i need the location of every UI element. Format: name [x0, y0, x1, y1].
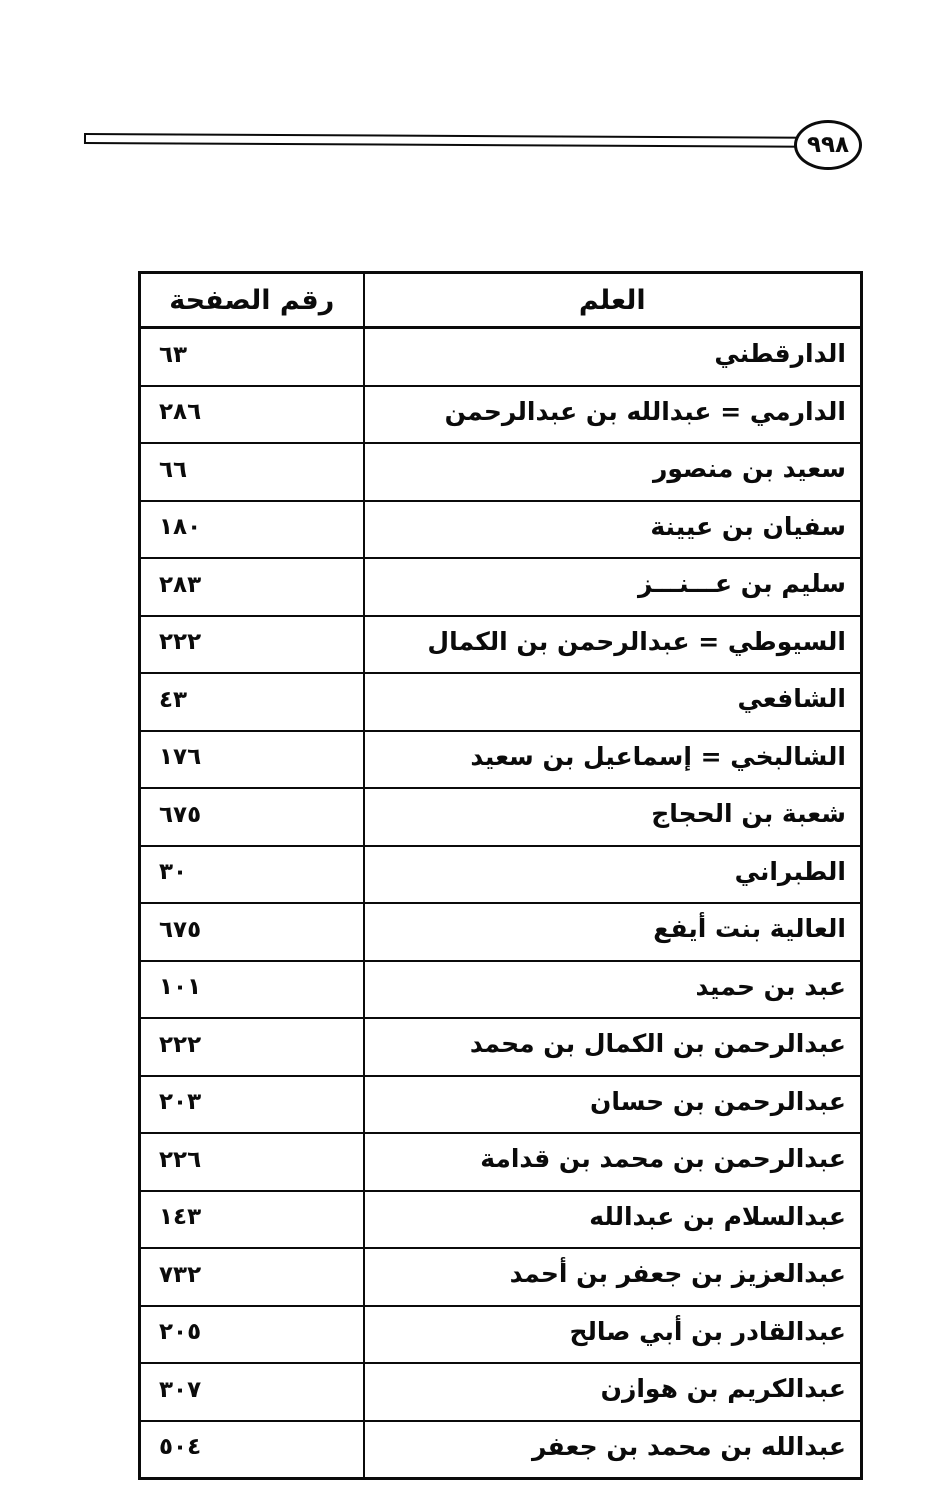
- name-cell: السيوطي = عبدالرحمن بن الكمال: [364, 616, 862, 674]
- page-number-cell: ١٤٣: [140, 1191, 364, 1249]
- table-row: عبد بن حميد ١٠١: [140, 961, 862, 1019]
- table-row: الشافعي ٤٣: [140, 673, 862, 731]
- table-row: عبدالرحمن بن محمد بن قدامة ٢٢٦: [140, 1133, 862, 1191]
- page-number-cell: ٦٧٥: [140, 788, 364, 846]
- page-number-cell: ١٨٠: [140, 501, 364, 559]
- page-number-cell: ٤٣: [140, 673, 364, 731]
- table-row: سليم بن عـــنـــز ٢٨٣: [140, 558, 862, 616]
- page-number-badge: ٩٩٨: [794, 120, 862, 170]
- table-row: عبدالعزيز بن جعفر بن أحمد ٧٣٢: [140, 1248, 862, 1306]
- name-cell: عبد بن حميد: [364, 961, 862, 1019]
- name-cell: سليم بن عـــنـــز: [364, 558, 862, 616]
- name-cell: الشالبخي = إسماعيل بن سعيد: [364, 731, 862, 789]
- page-number-cell: ٢٠٥: [140, 1306, 364, 1364]
- name-cell: سعيد بن منصور: [364, 443, 862, 501]
- table-row: عبدالسلام بن عبدالله ١٤٣: [140, 1191, 862, 1249]
- name-cell: عبدالسلام بن عبدالله: [364, 1191, 862, 1249]
- table-row: سعيد بن منصور ٦٦: [140, 443, 862, 501]
- table-row: الشالبخي = إسماعيل بن سعيد ١٧٦: [140, 731, 862, 789]
- name-cell: عبدالكريم بن هوازن: [364, 1363, 862, 1421]
- page-number-cell: ٢٨٣: [140, 558, 364, 616]
- name-cell: سفيان بن عيينة: [364, 501, 862, 559]
- page-number-cell: ٦٧٥: [140, 903, 364, 961]
- page-number-cell: ٥٠٤: [140, 1421, 364, 1479]
- page-number-cell: ٣٠: [140, 846, 364, 904]
- page-number-cell: ٦٣: [140, 328, 364, 386]
- page-number-cell: ٧٣٢: [140, 1248, 364, 1306]
- names-index-table: العلم رقم الصفحة الدارقطني ٦٣ الدارمي = …: [138, 271, 863, 1480]
- name-cell: الدارقطني: [364, 328, 862, 386]
- table-row: الدارقطني ٦٣: [140, 328, 862, 386]
- page-number-cell: ٣٠٧: [140, 1363, 364, 1421]
- name-cell: الطبراني: [364, 846, 862, 904]
- name-cell: عبدالعزيز بن جعفر بن أحمد: [364, 1248, 862, 1306]
- page-number-cell: ١٧٦: [140, 731, 364, 789]
- table-row: عبدالكريم بن هوازن ٣٠٧: [140, 1363, 862, 1421]
- page-number-cell: ٦٦: [140, 443, 364, 501]
- page-number-cell: ٢٠٣: [140, 1076, 364, 1134]
- name-cell: شعبة بن الحجاج: [364, 788, 862, 846]
- name-cell: عبدالرحمن بن حسان: [364, 1076, 862, 1134]
- name-cell: عبدالله بن محمد بن جعفر: [364, 1421, 862, 1479]
- table-row: عبدالرحمن بن الكمال بن محمد ٢٢٢: [140, 1018, 862, 1076]
- name-column-header: العلم: [364, 273, 862, 328]
- page-number-cell: ٢٢٢: [140, 616, 364, 674]
- page-number-cell: ٢٢٢: [140, 1018, 364, 1076]
- table-row: شعبة بن الحجاج ٦٧٥: [140, 788, 862, 846]
- table-row: السيوطي = عبدالرحمن بن الكمال ٢٢٢: [140, 616, 862, 674]
- table-row: الطبراني ٣٠: [140, 846, 862, 904]
- table-header-row: العلم رقم الصفحة: [140, 273, 862, 328]
- name-cell: عبدالقادر بن أبي صالح: [364, 1306, 862, 1364]
- name-cell: العالية بنت أيفع: [364, 903, 862, 961]
- page-number-cell: ٢٢٦: [140, 1133, 364, 1191]
- table-row: عبدالقادر بن أبي صالح ٢٠٥: [140, 1306, 862, 1364]
- page-number-cell: ٢٨٦: [140, 386, 364, 444]
- table-row: الدارمي = عبدالله بن عبدالرحمن ٢٨٦: [140, 386, 862, 444]
- page-number-cell: ١٠١: [140, 961, 364, 1019]
- scanned-book-page: ٩٩٨ العلم رقم الصفحة الدارقطني ٦٣ الدارم…: [0, 0, 950, 1493]
- name-cell: الشافعي: [364, 673, 862, 731]
- name-cell: عبدالرحمن بن الكمال بن محمد: [364, 1018, 862, 1076]
- table-row: عبدالرحمن بن حسان ٢٠٣: [140, 1076, 862, 1134]
- name-cell: الدارمي = عبدالله بن عبدالرحمن: [364, 386, 862, 444]
- table-row: سفيان بن عيينة ١٨٠: [140, 501, 862, 559]
- header-rule: [84, 133, 810, 148]
- table-row: عبدالله بن محمد بن جعفر ٥٠٤: [140, 1421, 862, 1479]
- table-row: العالية بنت أيفع ٦٧٥: [140, 903, 862, 961]
- page-column-header: رقم الصفحة: [140, 273, 364, 328]
- name-cell: عبدالرحمن بن محمد بن قدامة: [364, 1133, 862, 1191]
- page-number-text: ٩٩٨: [807, 132, 849, 158]
